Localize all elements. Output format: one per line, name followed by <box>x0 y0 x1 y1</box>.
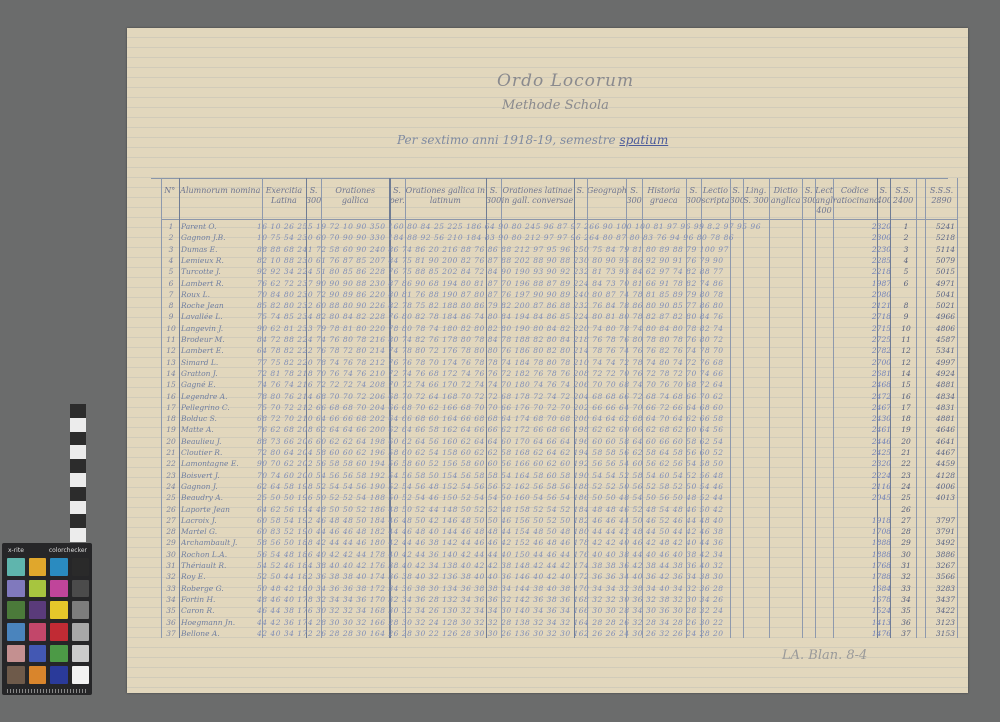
color-patch <box>50 558 68 576</box>
row-score: 3886 <box>919 550 955 559</box>
grade-cells: 56 54 48 186 40 42 42 44 178 40 42 44 36… <box>257 550 887 559</box>
row-score: 5341 <box>919 346 955 355</box>
student-name: Fortin H. <box>181 595 253 604</box>
grayscale-step <box>70 418 86 432</box>
row-rank: 15 <box>898 380 914 389</box>
row-rank: 11 <box>898 335 914 344</box>
row-score: 4467 <box>919 448 955 457</box>
table-row: 3Dumas E.88 88 68 241 72 58 60 90 240 86… <box>161 245 958 256</box>
row-score: 4831 <box>919 403 955 412</box>
row-score: 3797 <box>919 516 955 525</box>
grade-cells: 82 10 88 230 61 76 87 85 207 84 75 81 90… <box>257 256 887 265</box>
row-number: 17 <box>165 403 177 412</box>
row-number: 7 <box>165 290 177 299</box>
row-number: 21 <box>165 448 177 457</box>
column-header: Orationes gallica <box>321 178 389 220</box>
grade-cells: 60 83 52 190 44 46 46 48 182 44 46 48 40… <box>257 527 887 536</box>
row-rank: 21 <box>898 448 914 457</box>
grade-cells: 77 75 82 220 78 74 76 78 212 76 76 78 70… <box>257 358 887 367</box>
row-number: 10 <box>165 324 177 333</box>
grade-cells: 74 76 74 216 72 72 72 74 208 70 72 74 66… <box>257 380 887 389</box>
row-rank: 6 <box>898 279 914 288</box>
column-header: S. per. <box>389 178 404 220</box>
row-score: 3283 <box>919 584 955 593</box>
document-subtitle: Methode Schola <box>502 98 609 113</box>
color-patch <box>29 666 47 684</box>
row-number: 35 <box>165 606 177 615</box>
row-score: 3422 <box>919 606 955 615</box>
grade-cells: 76 62 68 208 62 64 64 66 200 62 64 66 58… <box>257 425 887 434</box>
student-name: Beaudry A. <box>181 493 253 502</box>
row-rank: 16 <box>898 392 914 401</box>
table-row: 14Gratton J.72 81 78 218 70 76 74 76 210… <box>161 369 958 380</box>
row-number: 33 <box>165 584 177 593</box>
row-total: 1768 <box>851 561 891 570</box>
row-total: 2430 <box>851 414 891 423</box>
student-name: Gagnon J. <box>181 482 253 491</box>
row-score: 5041 <box>919 290 955 299</box>
row-number: 34 <box>165 595 177 604</box>
row-total: 2715 <box>851 324 891 333</box>
row-total: 2718 <box>851 312 891 321</box>
row-total: 1524 <box>851 606 891 615</box>
table-row: 32Roy E.52 50 44 182 36 38 38 40 174 36 … <box>161 572 958 583</box>
grade-cells: 25 50 50 196 50 52 52 54 188 50 52 54 46… <box>257 493 887 502</box>
color-patch <box>72 558 90 576</box>
row-number: 16 <box>165 392 177 401</box>
color-patch-grid <box>7 558 89 684</box>
row-total: 2080 <box>851 290 891 299</box>
row-rank: 26 <box>898 505 914 514</box>
grade-cells: 54 52 46 184 38 40 40 42 176 38 40 42 34… <box>257 561 887 570</box>
row-number: 31 <box>165 561 177 570</box>
row-rank: 32 <box>898 572 914 581</box>
table-row: 15Gagné E.74 76 74 216 72 72 72 74 208 7… <box>161 380 958 391</box>
table-row: 24Gagnon J.62 64 58 198 52 54 54 56 190 … <box>161 482 958 493</box>
color-patch <box>50 580 68 598</box>
student-name: Roche Jean <box>181 301 253 310</box>
grade-cells: 88 88 68 241 72 58 60 90 240 86 74 86 20… <box>257 245 887 254</box>
column-header: Lect. angl. 400 <box>815 178 833 220</box>
table-row: 1Parent O.16 10 26 255 19 72 10 90 350 1… <box>161 222 958 233</box>
table-row: 5Turcotte J.92 92 34 224 51 80 85 86 228… <box>161 267 958 278</box>
grade-cells: 62 64 58 198 52 54 54 56 190 52 54 56 48… <box>257 482 887 491</box>
row-rank: 35 <box>898 606 914 615</box>
row-score: 3267 <box>919 561 955 570</box>
grayscale-step <box>70 432 86 446</box>
row-number: 6 <box>165 279 177 288</box>
row-number: 20 <box>165 437 177 446</box>
table-row: 26Laporte Jean64 62 56 194 48 50 50 52 1… <box>161 505 958 516</box>
student-name: Lemieux R. <box>181 256 253 265</box>
column-header: S. 300 <box>306 178 321 220</box>
row-total: 1708 <box>851 527 891 536</box>
row-score: 4587 <box>919 335 955 344</box>
column-header: S. 300 <box>802 178 815 220</box>
row-total: 2468 <box>851 380 891 389</box>
student-name: Lambert R. <box>181 279 253 288</box>
row-total: 2425 <box>851 448 891 457</box>
column-header: S.S.S. 2890 <box>925 178 958 220</box>
table-row: 31Thériault R.54 52 46 184 38 40 40 42 1… <box>161 561 958 572</box>
row-number: 26 <box>165 505 177 514</box>
color-patch <box>7 623 25 641</box>
table-row: 11Brodeur M.84 72 88 224 74 76 80 78 216… <box>161 335 958 346</box>
row-total: 2725 <box>851 335 891 344</box>
student-name: Gratton J. <box>181 369 253 378</box>
row-score: 4641 <box>919 437 955 446</box>
row-rank: 12 <box>898 358 914 367</box>
grayscale-step <box>70 514 86 528</box>
row-score: 4013 <box>919 493 955 502</box>
row-number: 24 <box>165 482 177 491</box>
row-rank: 12 <box>898 346 914 355</box>
row-number: 36 <box>165 618 177 627</box>
color-patch <box>7 666 25 684</box>
row-score: 3566 <box>919 572 955 581</box>
row-rank: 4 <box>898 256 914 265</box>
row-rank: 24 <box>898 482 914 491</box>
student-name: Pellegrino C. <box>181 403 253 412</box>
column-header: Alumnorum nomina <box>179 178 262 220</box>
row-score: 5079 <box>919 256 955 265</box>
row-number: 13 <box>165 358 177 367</box>
color-patch <box>72 645 90 663</box>
row-number: 28 <box>165 527 177 536</box>
column-header: S. 300 <box>686 178 701 220</box>
row-rank: 18 <box>898 414 914 423</box>
color-patch <box>72 601 90 619</box>
row-rank: 20 <box>898 437 914 446</box>
column-header: Orationes latinae in gall. conversae <box>501 178 573 220</box>
color-patch <box>7 580 25 598</box>
row-number: 23 <box>165 471 177 480</box>
table-row: 9Lavallée L.75 74 85 234 82 80 84 82 228… <box>161 312 958 323</box>
row-rank: 25 <box>898 493 914 502</box>
document-period: Per sextimo anni 1918-19, semestre spati… <box>397 133 668 147</box>
table-row: 4Lemieux R.82 10 88 230 61 76 87 85 207 … <box>161 256 958 267</box>
row-total: 1788 <box>851 572 891 581</box>
row-number: 2 <box>165 233 177 242</box>
color-patch <box>50 666 68 684</box>
grayscale-step <box>70 528 86 542</box>
grade-cells: 85 82 80 232 60 88 80 90 226 82 78 75 82… <box>257 301 887 310</box>
row-score: 4966 <box>919 312 955 321</box>
student-name: Hoegmann Jn. <box>181 618 253 627</box>
student-name: Martel G. <box>181 527 253 536</box>
row-number: 3 <box>165 245 177 254</box>
grade-cells: 58 56 50 188 42 44 44 46 180 42 44 46 38… <box>257 538 887 547</box>
row-rank: 17 <box>898 403 914 412</box>
row-number: 12 <box>165 346 177 355</box>
color-patch <box>29 623 47 641</box>
student-name: Laporte Jean <box>181 505 253 514</box>
student-name: Bolduc S. <box>181 414 253 423</box>
row-score: 5021 <box>919 301 955 310</box>
row-total: 2224 <box>851 471 891 480</box>
color-patch <box>72 623 90 641</box>
row-total: 2461 <box>851 425 891 434</box>
grade-cells: 70 74 60 200 54 56 56 58 192 54 56 58 50… <box>257 471 887 480</box>
column-header: Dictio anglica <box>769 178 802 220</box>
student-name: Langevin J. <box>181 324 253 333</box>
student-name: Lavallée L. <box>181 312 253 321</box>
column-header: S. <box>574 178 587 220</box>
table-row: 35Caron R.46 44 38 176 30 32 32 34 168 3… <box>161 606 958 617</box>
row-number: 25 <box>165 493 177 502</box>
table-row: 13Simard L.77 75 82 220 78 74 76 78 212 … <box>161 358 958 369</box>
row-number: 4 <box>165 256 177 265</box>
table-row: 8Roche Jean85 82 80 232 60 88 80 90 226 … <box>161 301 958 312</box>
grade-cells: 75 74 85 234 82 80 84 82 228 76 80 82 78… <box>257 312 887 321</box>
grade-cells: 70 84 80 230 72 90 89 86 220 80 81 76 88… <box>257 290 887 299</box>
student-name: Roberge G. <box>181 584 253 593</box>
row-rank: 30 <box>898 550 914 559</box>
student-name: Caron R. <box>181 606 253 615</box>
row-total: 2472 <box>851 392 891 401</box>
column-header: S. 300 <box>486 178 501 220</box>
row-rank: 29 <box>898 538 914 547</box>
grade-cells: 48 46 40 178 32 34 34 36 170 32 34 36 28… <box>257 595 887 604</box>
row-rank: 5 <box>898 267 914 276</box>
row-total: 1476 <box>851 629 891 638</box>
row-rank: 22 <box>898 459 914 468</box>
row-rank: 34 <box>898 595 914 604</box>
row-rank: 14 <box>898 369 914 378</box>
grade-cells: 60 58 54 192 46 48 48 50 184 46 48 50 42… <box>257 516 887 525</box>
row-rank: 8 <box>898 301 914 310</box>
grayscale-scale-bar <box>70 404 86 542</box>
student-name: Thériault R. <box>181 561 253 570</box>
row-number: 15 <box>165 380 177 389</box>
table-row: 19Matte A.76 62 68 208 62 64 64 66 200 6… <box>161 425 958 436</box>
grayscale-step <box>70 501 86 515</box>
row-number: 32 <box>165 572 177 581</box>
grade-cells: 50 48 42 180 34 36 36 38 172 34 36 38 30… <box>257 584 887 593</box>
row-score: 4834 <box>919 392 955 401</box>
grayscale-step <box>70 404 86 418</box>
table-row: 28Martel G.60 83 52 190 44 46 46 48 182 … <box>161 527 958 538</box>
xrite-logo: x-rite <box>8 547 24 554</box>
column-header: S. 400 <box>877 178 890 220</box>
grade-cells: 88 73 66 206 60 62 62 64 198 60 62 64 56… <box>257 437 887 446</box>
column-header: Codice ratiocinandi <box>833 178 877 220</box>
row-rank: 9 <box>898 312 914 321</box>
row-total: 1684 <box>851 584 891 593</box>
row-rank: 36 <box>898 618 914 627</box>
row-rank: 23 <box>898 471 914 480</box>
column-header: Historia graeca <box>642 178 686 220</box>
student-name: Bellone A. <box>181 629 253 638</box>
row-score: 4997 <box>919 358 955 367</box>
row-total: 2121 <box>851 301 891 310</box>
row-score: 5241 <box>919 222 955 231</box>
row-score: 4006 <box>919 482 955 491</box>
row-total: 2045 <box>851 493 891 502</box>
student-name: Turcotte J. <box>181 267 253 276</box>
table-row: 34Fortin H.48 46 40 178 32 34 34 36 170 … <box>161 595 958 606</box>
table-row: 7Roux L.70 84 80 230 72 90 89 86 220 80 … <box>161 290 958 301</box>
color-patch <box>7 558 25 576</box>
row-score: 3791 <box>919 527 955 536</box>
table-row: 16Legendre A.78 80 76 214 68 70 70 72 20… <box>161 392 958 403</box>
color-patch <box>72 580 90 598</box>
row-rank: 28 <box>898 527 914 536</box>
color-patch <box>29 580 47 598</box>
grade-cells: 44 42 36 174 28 30 30 32 166 28 30 32 24… <box>257 618 887 627</box>
student-name: Cloutier R. <box>181 448 253 457</box>
row-number: 30 <box>165 550 177 559</box>
row-total: 1678 <box>851 595 891 604</box>
row-number: 9 <box>165 312 177 321</box>
table-row: 29Archambault J.58 56 50 188 42 44 44 46… <box>161 538 958 549</box>
row-total: 2300 <box>851 233 891 242</box>
row-total: 2700 <box>851 358 891 367</box>
grade-cells: 92 92 34 224 51 80 85 86 228 76 75 88 85… <box>257 267 887 276</box>
row-number: 22 <box>165 459 177 468</box>
row-score: 5218 <box>919 233 955 242</box>
student-name: Roy E. <box>181 572 253 581</box>
color-patch <box>7 601 25 619</box>
student-name: Boisvert J. <box>181 471 253 480</box>
table-row: 33Roberge G.50 48 42 180 34 36 36 38 172… <box>161 584 958 595</box>
document-title: Ordo Locorum <box>497 71 634 91</box>
table-row: 10Langevin J.90 62 81 233 79 78 81 80 22… <box>161 324 958 335</box>
student-name: Dumas E. <box>181 245 253 254</box>
row-number: 1 <box>165 222 177 231</box>
grayscale-step <box>70 459 86 473</box>
row-score: 4881 <box>919 414 955 423</box>
row-rank: 27 <box>898 516 914 525</box>
student-name: Simard L. <box>181 358 253 367</box>
column-header: Ling. S. 300 <box>743 178 769 220</box>
color-patch <box>50 623 68 641</box>
ledger-table: N°Alumnorum nominaExercitia LatinaS. 300… <box>161 178 958 638</box>
period-prefix: Per sextimo anni 1918-19, semestre <box>397 133 616 147</box>
row-score: 4806 <box>919 324 955 333</box>
row-total: 1888 <box>851 538 891 547</box>
grade-cells: 84 72 88 224 74 76 80 78 216 80 74 82 76… <box>257 335 887 344</box>
table-row: 36Hoegmann Jn.44 42 36 174 28 30 30 32 1… <box>161 618 958 629</box>
grade-cells: 90 70 62 202 56 58 58 60 194 56 58 60 52… <box>257 459 887 468</box>
row-number: 37 <box>165 629 177 638</box>
row-score: 5015 <box>919 267 955 276</box>
row-score: 3492 <box>919 538 955 547</box>
period-emphasis: spatium <box>619 133 668 147</box>
row-total: 2681 <box>851 369 891 378</box>
grade-cells: 16 10 26 255 19 72 10 90 350 160 80 84 2… <box>257 222 887 231</box>
row-total: 2285 <box>851 256 891 265</box>
row-score: 4924 <box>919 369 955 378</box>
color-patch <box>50 601 68 619</box>
row-total: 2218 <box>851 267 891 276</box>
row-total: 2320 <box>851 459 891 468</box>
row-score: 3437 <box>919 595 955 604</box>
table-row: 37Bellone A.42 40 34 172 26 28 28 30 164… <box>161 629 958 640</box>
colorchecker-label: colorchecker <box>49 547 87 554</box>
row-score: 3153 <box>919 629 955 638</box>
column-header: Orationes gallica in latinum <box>405 178 486 220</box>
row-number: 5 <box>165 267 177 276</box>
grade-cells: 42 40 34 172 26 28 28 30 164 26 28 30 22… <box>257 629 887 638</box>
student-name: Lamontagne E. <box>181 459 253 468</box>
column-header: Exercitia Latina <box>262 178 306 220</box>
color-patch <box>7 645 25 663</box>
column-header: N° <box>161 178 179 220</box>
row-total: 2230 <box>851 245 891 254</box>
row-number: 8 <box>165 301 177 310</box>
row-score: 3123 <box>919 618 955 627</box>
row-total: 2446 <box>851 437 891 446</box>
grade-cells: 72 80 64 204 58 60 60 62 196 58 60 62 54… <box>257 448 887 457</box>
column-header <box>916 178 925 220</box>
row-number: 29 <box>165 538 177 547</box>
student-name: Brodeur M. <box>181 335 253 344</box>
student-name: Matte A. <box>181 425 253 434</box>
row-total: 1987 <box>851 279 891 288</box>
grade-cells: 76 62 72 237 90 90 90 88 230 87 86 90 68… <box>257 279 887 288</box>
color-checker-card: x-rite colorchecker <box>2 543 92 695</box>
student-name: Gagné E. <box>181 380 253 389</box>
student-name: Archambault J. <box>181 538 253 547</box>
row-rank: 31 <box>898 561 914 570</box>
grayscale-step <box>70 487 86 501</box>
table-row: 20Beaulieu J.88 73 66 206 60 62 62 64 19… <box>161 437 958 448</box>
grade-cells: 10 75 54 230 60 70 90 90 330 184 88 92 5… <box>257 233 887 242</box>
row-total: 2467 <box>851 403 891 412</box>
row-total: 1888 <box>851 550 891 559</box>
column-header: S. 300 <box>626 178 641 220</box>
ledger-sheet: Ordo Locorum Methode Schola Per sextimo … <box>127 28 968 693</box>
grade-cells: 52 50 44 182 36 38 38 40 174 36 38 40 32… <box>257 572 887 581</box>
table-row: 2Gagnon J.B.10 75 54 230 60 70 90 90 330… <box>161 233 958 244</box>
grade-cells: 78 80 76 214 68 70 70 72 206 68 70 72 64… <box>257 392 887 401</box>
row-score: 4971 <box>919 279 955 288</box>
grade-cells: 75 70 72 212 66 68 68 70 204 66 68 70 62… <box>257 403 887 412</box>
column-header: Geographia <box>587 178 627 220</box>
row-total: 1413 <box>851 618 891 627</box>
signature: LA. Blan. 8-4 <box>782 648 867 663</box>
student-name: Rochon L.A. <box>181 550 253 559</box>
row-rank: 2 <box>898 233 914 242</box>
table-row: 22Lamontagne E.90 70 62 202 56 58 58 60 … <box>161 459 958 470</box>
row-score: 5114 <box>919 245 955 254</box>
grade-cells: 64 78 82 222 76 78 72 80 214 74 78 80 72… <box>257 346 887 355</box>
table-row: 30Rochon L.A.56 54 48 186 40 42 42 44 17… <box>161 550 958 561</box>
grade-cells: 90 62 81 233 79 78 81 80 220 78 80 78 74… <box>257 324 887 333</box>
row-score: 4881 <box>919 380 955 389</box>
checker-ruler <box>7 689 87 693</box>
row-number: 27 <box>165 516 177 525</box>
row-total: 2320 <box>851 222 891 231</box>
table-row: 6Lambert R.76 62 72 237 90 90 90 88 230 … <box>161 279 958 290</box>
column-header: Lectio scripta <box>701 178 730 220</box>
student-name: Parent O. <box>181 222 253 231</box>
row-number: 18 <box>165 414 177 423</box>
color-patch <box>29 601 47 619</box>
row-number: 14 <box>165 369 177 378</box>
student-name: Roux L. <box>181 290 253 299</box>
row-score: 4459 <box>919 459 955 468</box>
table-row: 27Lacroix J.60 58 54 192 46 48 48 50 184… <box>161 516 958 527</box>
grayscale-step <box>70 445 86 459</box>
color-patch <box>29 558 47 576</box>
table-row: 23Boisvert J.70 74 60 200 54 56 56 58 19… <box>161 471 958 482</box>
table-row: 25Beaudry A.25 50 50 196 50 52 52 54 188… <box>161 493 958 504</box>
row-rank: 10 <box>898 324 914 333</box>
row-number: 11 <box>165 335 177 344</box>
table-row: 21Cloutier R.72 80 64 204 58 60 60 62 19… <box>161 448 958 459</box>
